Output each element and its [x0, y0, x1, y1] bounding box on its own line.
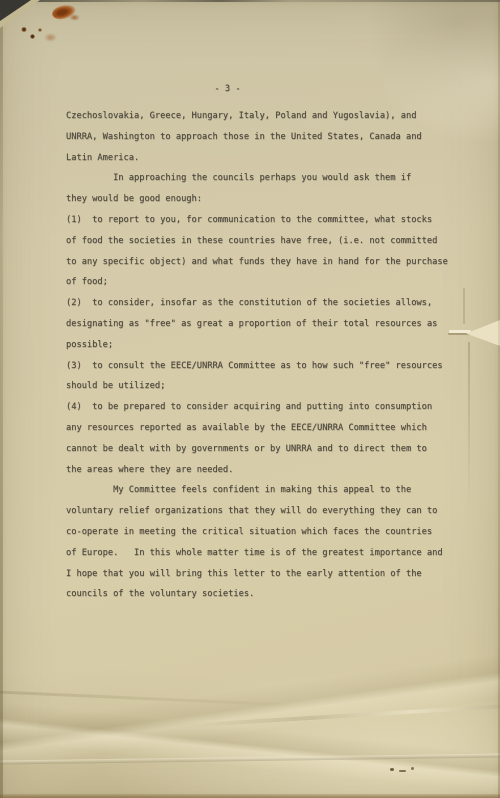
text-line: (4) to be prepared to consider acquiring… [66, 397, 486, 418]
text-line: (3) to consult the EECE/UNRRA Committee … [66, 356, 486, 377]
text-line: In approaching the councils perhaps you … [66, 168, 486, 189]
rust-stain [69, 14, 80, 21]
text-line: I hope that you will bring this letter t… [66, 564, 486, 585]
worn-corner-edge [0, 0, 40, 28]
text-line: should be utilized; [66, 376, 486, 397]
text-line: Czechoslovakia, Greece, Hungary, Italy, … [66, 106, 486, 127]
rust-spot [21, 27, 27, 32]
text-line: of food the societies in these countries… [66, 231, 486, 252]
text-line: (2) to consider, insofar as the constitu… [66, 293, 486, 314]
text-line: councils of the voluntary societies. [66, 584, 486, 605]
ink-speck [411, 767, 414, 770]
text-line: My Committee feels confident in making t… [66, 480, 486, 501]
page-edge [0, 794, 500, 798]
text-line: Latin America. [66, 148, 486, 169]
text-line: of Europe. In this whole matter time is … [66, 543, 486, 564]
text-line: the areas where they are needed. [66, 460, 486, 481]
wrinkle-shading [0, 635, 500, 798]
rust-smudge [44, 33, 57, 42]
text-line: they would be good enough: [66, 189, 486, 210]
page-number: - 3 - [0, 84, 455, 94]
text-line: designating as "free" as great a proport… [66, 314, 486, 335]
text-line: any resources reported as available by t… [66, 418, 486, 439]
letter-body: Czechoslovakia, Greece, Hungary, Italy, … [66, 106, 486, 605]
ink-speck [399, 770, 406, 772]
torn-corner [0, 0, 31, 21]
text-line: UNRRA, Washington to approach those in t… [66, 127, 486, 148]
rust-stain [51, 2, 78, 21]
crease-line [170, 703, 500, 728]
text-line: cannot be dealt with by governments or b… [66, 439, 486, 460]
page-edge [0, 0, 3, 798]
text-line: co-operate in meeting the critical situa… [66, 522, 486, 543]
ink-speck [390, 768, 394, 771]
rust-spot [38, 28, 42, 32]
text-line: (1) to report to you, for communication … [66, 210, 486, 231]
scanned-letter-page: - 3 - Czechoslovakia, Greece, Hungary, I… [0, 0, 500, 798]
rust-spot [30, 34, 35, 39]
text-line: to any specific object) and what funds t… [66, 252, 486, 273]
page-edge [0, 0, 500, 2]
text-line: of food; [66, 272, 486, 293]
text-line: voluntary relief organizations that they… [66, 501, 486, 522]
crease-line [0, 690, 300, 707]
crease-line [0, 753, 500, 764]
text-line: possible; [66, 335, 486, 356]
